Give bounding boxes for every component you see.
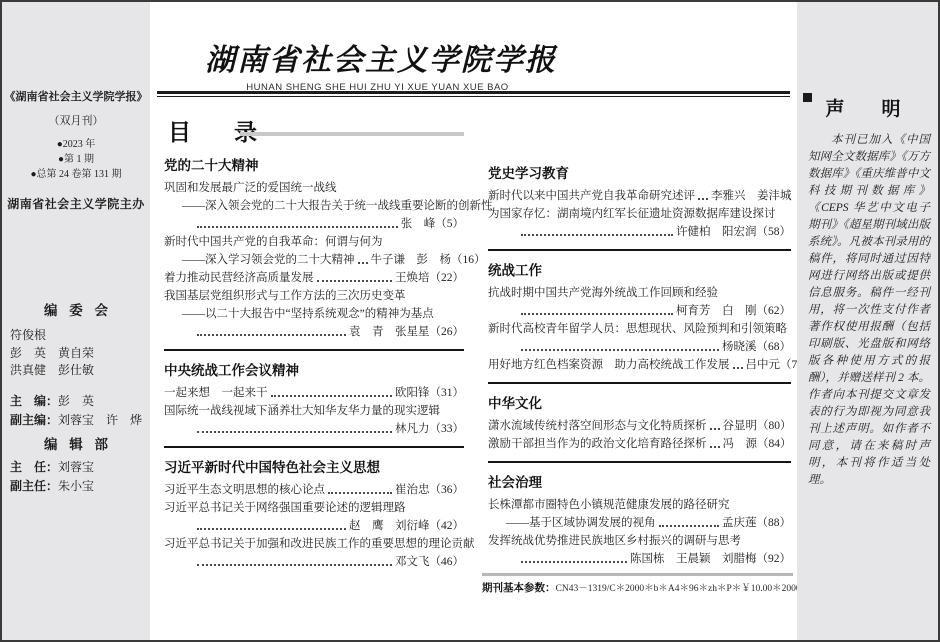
article-title: ——深入领会党的二十大报告关于统一战线重要论断的创新性 xyxy=(182,197,493,215)
authors-page: 崔治忠（36） xyxy=(395,481,464,499)
footer-rule xyxy=(482,573,793,576)
toc-entry-line: 习近平生态文明思想的核心论点崔治忠（36） xyxy=(164,481,464,499)
statement-body: 本刊已加入《中国知网全文数据库》《万方数据库》《重庆维普中文科技期刊数据库》《C… xyxy=(808,132,930,489)
dept-deputy-name: 朱小宝 xyxy=(58,479,94,493)
statement-sidebar: 声 明 本刊已加入《中国知网全文数据库》《万方数据库》《重庆维普中文科技期刊数据… xyxy=(797,2,938,640)
board-member-row: 符俊根 xyxy=(10,327,146,345)
toc-entry-line: 巩固和发展最广泛的爱国统一战线 xyxy=(164,179,464,197)
dot-leader xyxy=(197,226,398,228)
article-title: 巩固和发展最广泛的爱国统一战线 xyxy=(164,179,337,197)
article-title: 我国基层党组织形式与工作方法的三次历史变革 xyxy=(164,287,406,305)
toc-entry-line: 潇水流域传统村落空间形态与文化特质探析谷显明（80） xyxy=(488,417,791,435)
authors-page: 欧阳锋（31） xyxy=(395,384,464,402)
params-label: 期刊基本参数： xyxy=(482,582,556,594)
toc-entry-line: 激励干部担当作为的政治文化培育路径探析冯 源（84） xyxy=(488,435,791,453)
chief-editor-label: 主 编： xyxy=(10,394,58,408)
toc-entry-line: 长株潭都市圈特色小镇规范健康发展的路径研究 xyxy=(488,496,791,514)
toc-entry-line: 着力推动民营经济高质量发展王焕培（22） xyxy=(164,269,464,287)
dept-director-row: 主 任：刘蓉宝 xyxy=(10,458,146,477)
issue-year: ●2023 年 xyxy=(2,137,150,152)
article-title: ——基于区域协调发展的视角 xyxy=(506,514,656,532)
dept-director-name: 刘蓉宝 xyxy=(58,460,94,474)
toc-entry-line: 邓文飞（46） xyxy=(164,553,464,571)
toc-entry-line: ——基于区域协调发展的视角孟庆莲（88） xyxy=(488,514,791,532)
authors-page: 许健柏 阳宏润（58） xyxy=(676,223,791,241)
section-divider-rule xyxy=(164,349,464,351)
editorial-board: 编 委 会 符俊根 彭 英 黄自荣 洪真健 彭仕敏 主 编：彭 英 副主编：刘蓉… xyxy=(10,299,146,430)
toc-section-heading: 统战工作 xyxy=(488,259,791,279)
section-divider-rule xyxy=(488,461,791,463)
header-double-rule xyxy=(157,91,790,97)
toc-entry-line: 陈国栋 王晨颖 刘腊梅（92） xyxy=(488,550,791,568)
toc-section-heading: 党的二十大精神 xyxy=(164,154,464,174)
contents-paper: 湖南省社会主义学院学报 HUNAN SHENG SHE HUI ZHU YI X… xyxy=(150,2,797,640)
authors-page: 赵 鹰 刘衍峰（42） xyxy=(349,517,464,535)
article-title: 一起来想 一起来干 xyxy=(164,384,268,402)
journal-contents-page: 《湖南省社会主义学院学报》 （双月刊） ●2023 年 ●第 1 期 ●总第 2… xyxy=(0,0,940,642)
dept-director-label: 主 任： xyxy=(10,460,58,474)
article-title: 为国家存忆：湖南境内红军长征遗址资源数据库建设探讨 xyxy=(488,205,776,223)
toc-section: 党史学习教育新时代以来中国共产党自我革命研究述评李雅兴 姜沣城（51）为国家存忆… xyxy=(488,162,791,241)
toc-entry-line: 张 峰（5） xyxy=(164,215,464,233)
authors-page: 林凡力（33） xyxy=(395,420,464,438)
authors-page: 谷显明（80） xyxy=(723,417,792,435)
toc-entry-line: 习近平总书记关于加强和改进民族工作的重要思想的理论贡献 xyxy=(164,535,464,553)
article-title: 发挥统战优势推进民族地区乡村振兴的调研与思考 xyxy=(488,532,741,550)
dot-leader xyxy=(521,313,673,315)
toc-left-column: 党的二十大精神巩固和发展最广泛的爱国统一战线——深入领会党的二十大报告关于统一战… xyxy=(164,151,464,571)
authors-page: 杨晓溪（68） xyxy=(722,338,791,356)
journal-title: 《湖南省社会主义学院学报》 xyxy=(2,88,150,104)
board-member-row: 彭 英 黄自荣 xyxy=(10,345,146,363)
dot-leader xyxy=(317,280,393,282)
dot-leader xyxy=(659,525,720,527)
authors-page: 袁 青 张星星（26） xyxy=(349,323,464,341)
article-title: 抗战时期中国共产党海外统战工作回顾和经验 xyxy=(488,284,718,302)
article-title: 长株潭都市圈特色小镇规范健康发展的路径研究 xyxy=(488,496,730,514)
dot-leader xyxy=(197,431,392,433)
dot-leader xyxy=(197,528,346,530)
dept-deputy-label: 副主任： xyxy=(10,479,58,493)
toc-entry-line: 新时代中国共产党的自我革命：何谓与何为 xyxy=(164,233,464,251)
dot-leader xyxy=(521,234,673,236)
toc-entry-line: 用好地方红色档案资源 助力高校统战工作发展吕中元（76） xyxy=(488,356,791,374)
toc-section-heading: 中华文化 xyxy=(488,392,791,412)
left-sidebar: 《湖南省社会主义学院学报》 （双月刊） ●2023 年 ●第 1 期 ●总第 2… xyxy=(2,2,150,640)
authors-page: 冯 源（84） xyxy=(723,435,792,453)
article-title: 新时代以来中国共产党自我革命研究述评 xyxy=(488,187,695,205)
journal-info: 《湖南省社会主义学院学报》 （双月刊） ●2023 年 ●第 1 期 ●总第 2… xyxy=(2,88,150,212)
toc-section: 习近平新时代中国特色社会主义思想习近平生态文明思想的核心论点崔治忠（36）习近平… xyxy=(164,456,464,571)
dot-leader xyxy=(521,349,719,351)
toc-entry-line: ——深入领会党的二十大报告关于统一战线重要论断的创新性 xyxy=(164,197,464,215)
dot-leader xyxy=(710,428,720,430)
article-title: 新时代高校青年留学人员：思想现状、风险预判和引领策略 xyxy=(488,320,787,338)
toc-entry-line: 林凡力（33） xyxy=(164,420,464,438)
issue-number: ●第 1 期 xyxy=(2,152,150,167)
article-title: 习近平总书记关于加强和改进民族工作的重要思想的理论贡献 xyxy=(164,535,475,553)
toc-section: 社会治理长株潭都市圈特色小镇规范健康发展的路径研究——基于区域协调发展的视角孟庆… xyxy=(488,471,791,568)
dot-leader xyxy=(197,564,392,566)
toc-entry-line: 赵 鹰 刘衍峰（42） xyxy=(164,517,464,535)
dot-leader xyxy=(328,492,392,494)
article-title: 用好地方红色档案资源 助力高校统战工作发展 xyxy=(488,356,730,374)
toc-entry-line: 许健柏 阳宏润（58） xyxy=(488,223,791,241)
toc-section: 中华文化潇水流域传统村落空间形态与文化特质探析谷显明（80）激励干部担当作为的政… xyxy=(488,392,791,453)
authors-page: 孟庆莲（88） xyxy=(722,514,791,532)
toc-section: 中央统战工作会议精神一起来想 一起来干欧阳锋（31）国际统一战线视域下涵养壮大知… xyxy=(164,359,464,438)
toc-section: 党的二十大精神巩固和发展最广泛的爱国统一战线——深入领会党的二十大报告关于统一战… xyxy=(164,154,464,341)
article-title: 新时代中国共产党的自我革命：何谓与何为 xyxy=(164,233,383,251)
editorial-department-heading: 编 辑 部 xyxy=(10,433,146,453)
article-title: ——深入学习领会党的二十大精神 xyxy=(182,251,355,269)
toc-entry-line: ——深入学习领会党的二十大精神牛子谦 彭 杨（16） xyxy=(164,251,464,269)
editorial-department: 编 辑 部 主 任：刘蓉宝 副主任：朱小宝 xyxy=(10,433,146,496)
dot-leader xyxy=(358,262,368,264)
toc-entry-line: 一起来想 一起来干欧阳锋（31） xyxy=(164,384,464,402)
toc-entry-line: ——以二十大报告中“坚持系统观念”的精神为基点 xyxy=(164,305,464,323)
journal-frequency: （双月刊） xyxy=(2,112,150,128)
toc-section-heading: 习近平新时代中国特色社会主义思想 xyxy=(164,456,464,476)
authors-page: 邓文飞（46） xyxy=(395,553,464,571)
toc-section-heading: 社会治理 xyxy=(488,471,791,491)
article-title: 习近平总书记关于网络强国重要论述的逻辑理路 xyxy=(164,499,406,517)
authors-page: 张 峰（5） xyxy=(401,215,464,233)
dept-deputy-row: 副主任：朱小宝 xyxy=(10,477,146,496)
deputy-editor-names: 刘蓉宝 许 烨 xyxy=(58,413,142,427)
toc-entry-line: 抗战时期中国共产党海外统战工作回顾和经验 xyxy=(488,284,791,302)
toc-entry-line: 袁 青 张星星（26） xyxy=(164,323,464,341)
article-title: ——以二十大报告中“坚持系统观念”的精神为基点 xyxy=(182,305,434,323)
toc-section-heading: 党史学习教育 xyxy=(488,162,791,182)
dot-leader xyxy=(698,198,708,200)
toc-title-underline xyxy=(240,132,464,136)
article-title: 潇水流域传统村落空间形态与文化特质探析 xyxy=(488,417,707,435)
toc-title: 目 录 xyxy=(168,114,267,147)
section-divider-rule xyxy=(164,446,464,448)
article-title: 激励干部担当作为的政治文化培育路径探析 xyxy=(488,435,707,453)
issue-volume: ●总第 24 卷第 131 期 xyxy=(2,167,150,182)
dot-leader xyxy=(710,446,720,448)
toc-entry-line: 新时代以来中国共产党自我革命研究述评李雅兴 姜沣城（51） xyxy=(488,187,791,205)
toc-section: 统战工作抗战时期中国共产党海外统战工作回顾和经验柯育芳 白 刚（62）新时代高校… xyxy=(488,259,791,374)
dot-leader xyxy=(271,395,393,397)
section-divider-rule xyxy=(488,249,791,251)
toc-entry-line: 杨晓溪（68） xyxy=(488,338,791,356)
dot-leader xyxy=(521,561,627,563)
deputy-editor-label: 副主编： xyxy=(10,413,58,427)
masthead: 湖南省社会主义学院学报 HUNAN SHENG SHE HUI ZHU YI X… xyxy=(205,35,550,93)
statement-title: 声 明 xyxy=(797,94,938,121)
board-member-row: 洪真健 彭仕敏 xyxy=(10,362,146,380)
toc-entry-line: 国际统一战线视域下涵养壮大知华友华力量的现实逻辑 xyxy=(164,402,464,420)
authors-page: 柯育芳 白 刚（62） xyxy=(676,302,791,320)
article-title: 着力推动民营经济高质量发展 xyxy=(164,269,314,287)
authors-page: 牛子谦 彭 杨（16） xyxy=(371,251,486,269)
journal-basic-parameters: 期刊基本参数：CN43－1319/C＊2000＊b＊A4＊96＊zh＊P＊￥10… xyxy=(482,580,795,595)
article-title: 习近平生态文明思想的核心论点 xyxy=(164,481,325,499)
dot-leader xyxy=(197,334,346,336)
issue-facts: ●2023 年 ●第 1 期 ●总第 24 卷第 131 期 xyxy=(2,137,150,182)
article-title: 国际统一战线视域下涵养壮大知华友华力量的现实逻辑 xyxy=(164,402,440,420)
authors-page: 王焕培（22） xyxy=(395,269,464,287)
section-divider-rule xyxy=(488,382,791,384)
toc-entry-line: 习近平总书记关于网络强国重要论述的逻辑理路 xyxy=(164,499,464,517)
toc-entry-line: 新时代高校青年留学人员：思想现状、风险预判和引领策略 xyxy=(488,320,791,338)
toc-entry-line: 我国基层党组织形式与工作方法的三次历史变革 xyxy=(164,287,464,305)
chief-editor-row: 主 编：彭 英 xyxy=(10,392,146,411)
toc-entry-line: 柯育芳 白 刚（62） xyxy=(488,302,791,320)
toc-right-column: 党史学习教育新时代以来中国共产党自我革命研究述评李雅兴 姜沣城（51）为国家存忆… xyxy=(488,159,791,568)
journal-organizer: 湖南省社会主义学院主办 xyxy=(2,195,150,212)
authors-page: 陈国栋 王晨颖 刘腊梅（92） xyxy=(630,550,791,568)
toc-entry-line: 为国家存忆：湖南境内红军长征遗址资源数据库建设探讨 xyxy=(488,205,791,223)
masthead-calligraphy-title: 湖南省社会主义学院学报 xyxy=(205,35,550,79)
deputy-editor-row: 副主编：刘蓉宝 许 烨 xyxy=(10,411,146,430)
editorial-board-heading: 编 委 会 xyxy=(10,299,146,319)
toc-entry-line: 发挥统战优势推进民族地区乡村振兴的调研与思考 xyxy=(488,532,791,550)
toc-section-heading: 中央统战工作会议精神 xyxy=(164,359,464,379)
chief-editor-name: 彭 英 xyxy=(58,394,94,408)
dot-leader xyxy=(733,367,743,369)
